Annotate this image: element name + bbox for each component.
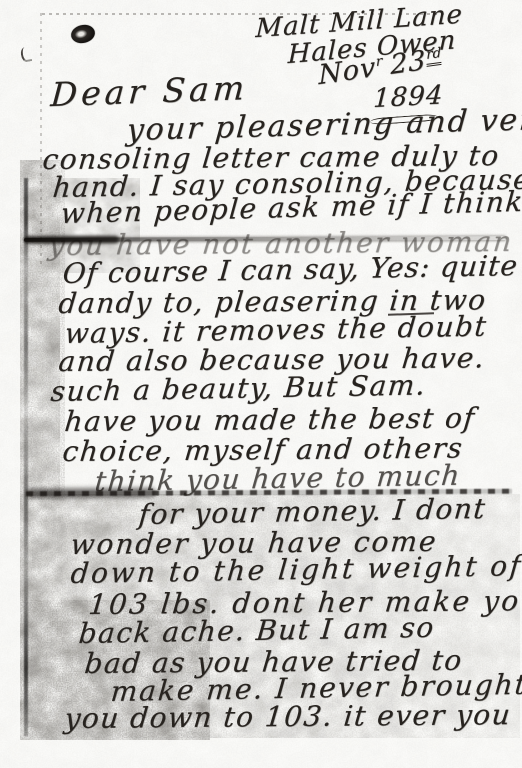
page-border-left-dotted [40, 13, 42, 268]
date-month: Nov [318, 52, 377, 91]
letter-line-16: down to the light weight of [70, 552, 522, 588]
left-scan-edge-streak [24, 178, 28, 736]
letter-line-13: think you have to much [94, 462, 462, 496]
stray-pen-mark [20, 46, 32, 63]
ink-blot-mark [69, 23, 96, 46]
letter-page: Malt Mill Lane Hales Owen Novr23rd 1894 … [0, 0, 522, 768]
letter-line-18: back ache. But I am so [78, 614, 436, 648]
salutation: Dear Sam [50, 71, 250, 111]
date-month-suffix: r [376, 53, 383, 70]
letter-line-21: you down to 103. it ever you [63, 701, 512, 733]
date-day-suffix: rd [426, 45, 442, 67]
date-day: 23 [390, 45, 427, 81]
letter-line-10: such a beauty, But Sam. [50, 371, 428, 406]
